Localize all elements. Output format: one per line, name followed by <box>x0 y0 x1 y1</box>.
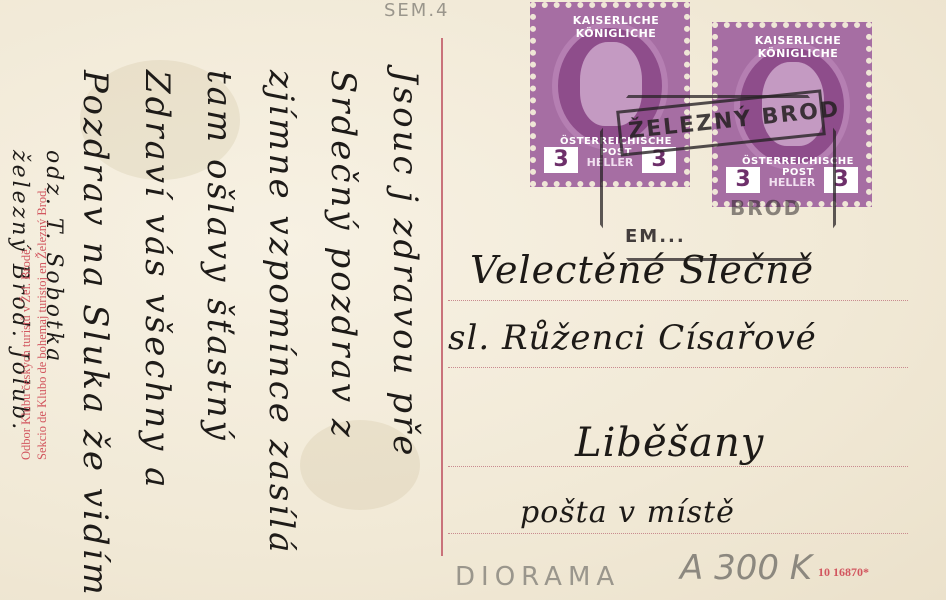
message-line: Zdraví vás všechny a <box>126 70 188 598</box>
address-post: pošta v místě <box>520 495 735 530</box>
pencil-note-price: A 300 K <box>680 548 812 588</box>
pencil-note-top: SEM.4 <box>384 0 450 21</box>
publisher-line-2: Sekcio de Klubo de bohemaj turistoj en Ž… <box>34 187 50 460</box>
stamp-top-text: KAISERLICHE KÖNIGLICHE <box>728 34 868 60</box>
address-salutation: Velectěné Slečně <box>470 248 814 292</box>
address-rule <box>448 533 908 534</box>
message-line: Pozdrav na Sluka že vidím <box>64 70 126 598</box>
address-rule <box>448 367 908 368</box>
stamp-top-text: KAISERLICHE KÖNIGLICHE <box>546 14 686 40</box>
serial-number: 10 16870* <box>818 565 869 580</box>
message-line: tam ošlavy šťastný <box>188 70 250 598</box>
address-recipient: sl. Růženci Císařové <box>448 318 817 358</box>
stamp-value: 3 <box>544 147 578 173</box>
center-divider <box>441 38 443 556</box>
pencil-note-diorama: DIORAMA <box>455 562 620 592</box>
publisher-imprint: Odbor Klubu českých turistů v Žel. Brodě… <box>18 187 50 460</box>
message-line: Srdečný pozdrav z <box>312 70 374 598</box>
address-rule <box>448 466 908 467</box>
message-line: Jsouc j zdravou pře <box>374 70 436 598</box>
postmark-bottom: EM... <box>625 226 686 247</box>
address-town: Liběšany <box>575 420 764 466</box>
postcard-back: SEM.4 Jsouc j zdravou pře Srdečný pozdra… <box>0 0 946 600</box>
handwritten-message: Jsouc j zdravou pře Srdečný pozdrav z zj… <box>64 70 436 598</box>
message-line: zjímne vzpomínce zasílá <box>250 70 312 598</box>
postmark-lower: BROD <box>730 196 802 220</box>
address-rule <box>448 300 908 301</box>
publisher-line-1: Odbor Klubu českých turistů v Žel. Brodě… <box>18 187 34 460</box>
